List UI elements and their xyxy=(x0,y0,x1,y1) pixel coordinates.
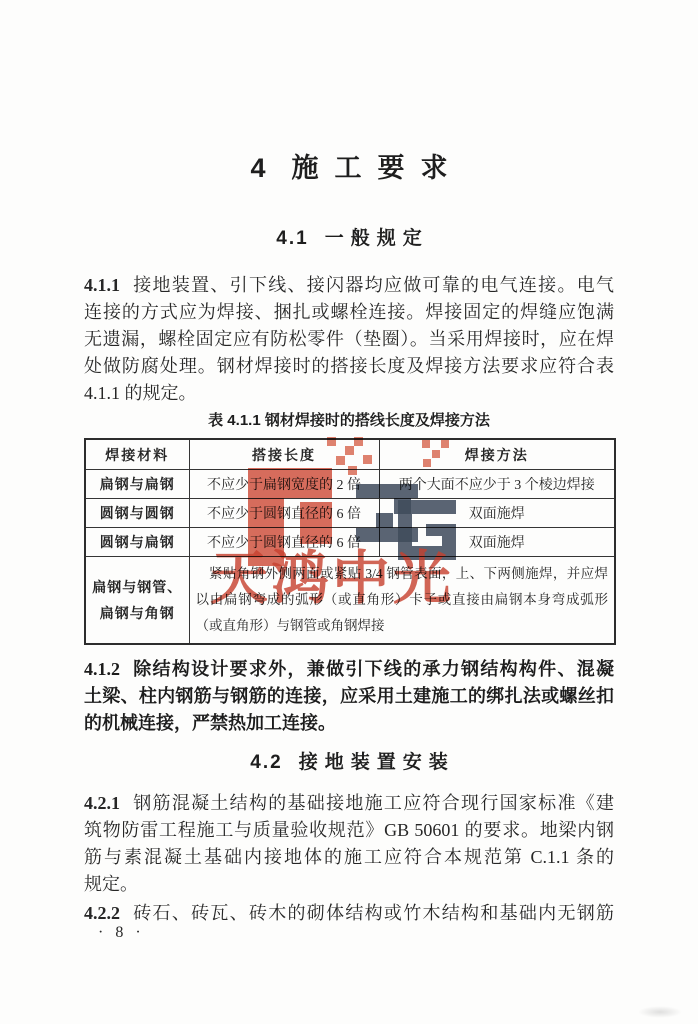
text-line: 无遗漏，螺栓固定应有防松零件（垫圈）。当采用焊接时，应在焊缝 xyxy=(84,326,614,353)
cell-material: 圆钢与扁钢 xyxy=(85,528,189,557)
text-line: 连接的方式应为焊接、捆扎或螺栓连接。焊接固定的焊缝应饱满 xyxy=(84,299,614,326)
clause-number: 4.1.1 xyxy=(84,275,120,295)
section-4-2-number: 4.2 xyxy=(250,752,282,773)
clause-4-2-2: 4.2.2砖石、砖瓦、砖木的砌体结构或竹木结构和基础内无钢筋 xyxy=(84,900,614,927)
text-line: 筋与素混凝土基础内接地体的施工应符合本规范第 C.1.1 条的 xyxy=(84,844,614,871)
section-heading-4-1: 4.1一般规定 xyxy=(84,226,614,252)
cell-material: 圆钢与圆钢 xyxy=(85,499,189,528)
clause-text: 接地装置、引下线、接闪器均应做可靠的电气连接。电气 xyxy=(132,275,614,295)
document-page: 4施工要求 4.1一般规定 4.1.1接地装置、引下线、接闪器均应做可靠的电气连… xyxy=(0,0,698,1024)
desc-line: 以由扁钢弯成的弧形（或直角形）卡子或直接由扁钢本身弯成弧形 xyxy=(196,587,609,613)
table-caption: 表 4.1.1 钢材焊接时的搭线长度及焊接方法 xyxy=(84,410,614,432)
section-4-1-title: 一般规定 xyxy=(325,228,429,249)
text-line: 土梁、柱内钢筋与钢筋的连接，应采用土建施工的绑扎法或螺丝扣 xyxy=(84,683,614,710)
text-line: 4.2.2砖石、砖瓦、砖木的砌体结构或竹木结构和基础内无钢筋 xyxy=(84,900,614,927)
text-line: 的机械连接，严禁热加工连接。 xyxy=(84,710,614,737)
table-row: 圆钢与圆钢 不应少于圆钢直径的 6 倍 双面施焊 xyxy=(85,499,615,528)
section-4-2-title: 接地装置安装 xyxy=(299,752,455,773)
section-heading-4-2: 4.2接地装置安装 xyxy=(84,750,614,776)
clause-number: 4.2.2 xyxy=(84,903,120,923)
header-material: 焊接材料 xyxy=(85,439,189,470)
text-line: 4.2.1钢筋混凝土结构的基础接地施工应符合现行国家标准《建 xyxy=(84,790,614,817)
text-line: 规定。 xyxy=(84,871,614,898)
text-line: 处做防腐处理。钢材焊接时的搭接长度及焊接方法要求应符合表 xyxy=(84,353,614,380)
material-line: 扁钢与钢管、 xyxy=(92,574,183,600)
clause-text: 钢筋混凝土结构的基础接地施工应符合现行国家标准《建 xyxy=(132,793,614,813)
text-line: 筑物防雷工程施工与质量验收规范》GB 50601 的要求。地梁内钢 xyxy=(84,817,614,844)
cell-method: 双面施焊 xyxy=(379,528,615,557)
clause-4-1-1: 4.1.1接地装置、引下线、接闪器均应做可靠的电气连接。电气 连接的方式应为焊接… xyxy=(84,272,614,407)
desc-line: 紧贴角钢外侧两面或紧贴 3/4 钢管表面，上、下两侧施焊，并应焊 xyxy=(196,561,609,587)
cell-length: 不应少于圆钢直径的 6 倍 xyxy=(189,528,379,557)
clause-4-2-1: 4.2.1钢筋混凝土结构的基础接地施工应符合现行国家标准《建 筑物防雷工程施工与… xyxy=(84,790,614,898)
desc-line: （或直角形）与钢管或角钢焊接 xyxy=(196,613,609,639)
chapter-heading: 4施工要求 xyxy=(84,150,614,186)
cell-method: 双面施焊 xyxy=(379,499,615,528)
cell-material: 扁钢与钢管、 扁钢与角钢 xyxy=(85,557,189,645)
cell-material: 扁钢与扁钢 xyxy=(85,470,189,499)
table-row-merged: 扁钢与钢管、 扁钢与角钢 紧贴角钢外侧两面或紧贴 3/4 钢管表面，上、下两侧施… xyxy=(85,557,615,645)
clause-text: 除结构设计要求外，兼做引下线的承力钢结构构件、混凝 xyxy=(132,659,614,679)
header-lap-length: 搭接长度 xyxy=(189,439,379,470)
table-row: 圆钢与扁钢 不应少于圆钢直径的 6 倍 双面施焊 xyxy=(85,528,615,557)
material-line: 扁钢与角钢 xyxy=(92,600,183,626)
clause-text: 砖石、砖瓦、砖木的砌体结构或竹木结构和基础内无钢筋 xyxy=(132,903,614,923)
page-content: 4施工要求 4.1一般规定 4.1.1接地装置、引下线、接闪器均应做可靠的电气连… xyxy=(84,0,614,927)
clause-4-1-2: 4.1.2除结构设计要求外，兼做引下线的承力钢结构构件、混凝 土梁、柱内钢筋与钢… xyxy=(84,656,614,737)
welding-spec-table: 焊接材料 搭接长度 焊接方法 扁钢与扁钢 不应少于扁钢宽度的 2 倍 两个大面不… xyxy=(84,438,616,645)
chapter-title: 施工要求 xyxy=(292,153,464,183)
text-line: 4.1.1 的规定。 xyxy=(84,380,614,407)
text-line: 4.1.1接地装置、引下线、接闪器均应做可靠的电气连接。电气 xyxy=(84,272,614,299)
section-4-1-number: 4.1 xyxy=(276,228,308,249)
cell-method: 两个大面不应少于 3 个棱边焊接 xyxy=(379,470,615,499)
cell-length: 不应少于扁钢宽度的 2 倍 xyxy=(189,470,379,499)
scan-smudge xyxy=(638,1006,682,1018)
text-line: 4.1.2除结构设计要求外，兼做引下线的承力钢结构构件、混凝 xyxy=(84,656,614,683)
clause-number: 4.2.1 xyxy=(84,793,120,813)
cell-length: 不应少于圆钢直径的 6 倍 xyxy=(189,499,379,528)
table-header-row: 焊接材料 搭接长度 焊接方法 xyxy=(85,439,615,470)
cell-method-description: 紧贴角钢外侧两面或紧贴 3/4 钢管表面，上、下两侧施焊，并应焊 以由扁钢弯成的… xyxy=(189,557,615,645)
page-number: · 8 · xyxy=(98,924,145,942)
table-row: 扁钢与扁钢 不应少于扁钢宽度的 2 倍 两个大面不应少于 3 个棱边焊接 xyxy=(85,470,615,499)
chapter-number: 4 xyxy=(250,153,265,183)
header-method: 焊接方法 xyxy=(379,439,615,470)
clause-number: 4.1.2 xyxy=(84,659,120,679)
